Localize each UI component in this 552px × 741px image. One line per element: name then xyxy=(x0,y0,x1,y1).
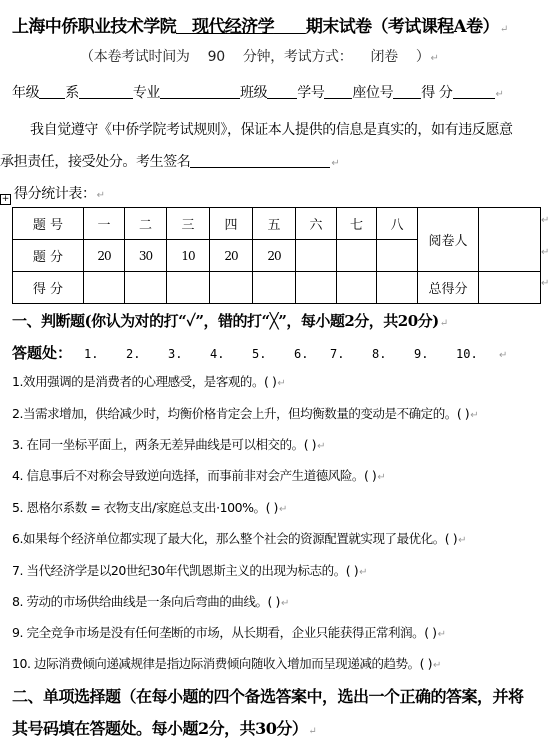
answer-slot[interactable]: 3. xyxy=(168,347,210,361)
student-id-field[interactable] xyxy=(324,84,352,99)
row-end-mark-icon: ↵ xyxy=(541,278,549,289)
score-cell[interactable] xyxy=(210,272,253,304)
paragraph-mark-icon: ↵ xyxy=(308,726,316,737)
section-2-title-line-2: 其号码填在答题处。每小题2分，共30分）↵ xyxy=(12,716,316,739)
question-text: 4. 信息事后不对称会导致逆向选择，而事前非对会产生道德风险。( ) xyxy=(12,468,376,483)
paragraph-mark-icon: ↵ xyxy=(317,441,325,452)
paragraph-mark-icon: ↵ xyxy=(433,660,441,671)
points-cell xyxy=(337,240,377,272)
question-text: 2.当需求增加，供给减少时，均衡价格肯定会上升，但均衡数量的变动是不确定的。( … xyxy=(12,406,469,421)
score-table: 题 号 一 二 三 四 五 六 七 八 阅卷人 题 分 20 30 10 20 … xyxy=(12,207,541,304)
grade-field[interactable] xyxy=(39,84,65,99)
section-2-title-line-1: 二、单项选择题（在每小题的四个备选答案中，选出一个正确的答案，并将 xyxy=(12,684,524,707)
seat-field[interactable] xyxy=(393,84,421,99)
signature-label: 承担责任，接受处分。考生签名 xyxy=(0,154,190,170)
question-text: 10. 边际消费倾向递减规律是指边际消费倾向随收入增加而呈现递减的趋势。( ) xyxy=(12,656,432,671)
points-cell xyxy=(296,240,337,272)
row-label: 题 号 xyxy=(13,208,84,240)
question-number-cell: 六 xyxy=(296,208,337,240)
score-cell[interactable] xyxy=(167,272,210,304)
table-move-handle-icon[interactable]: + xyxy=(0,194,11,205)
question-7: 7. 当代经济学是以20世纪30年代凯恩斯主义的出现为标志的。( )↵ xyxy=(12,561,367,579)
question-text: 3. 在同一坐标平面上，两条无差异曲线是可以相交的。( ) xyxy=(12,437,316,452)
points-cell: 20 xyxy=(253,240,296,272)
question-number-cell: 五 xyxy=(253,208,296,240)
paragraph-mark-icon: ↵ xyxy=(331,158,339,169)
question-9: 9. 完全竞争市场是没有任何垄断的市场，从长期看，企业只能获得正常利润。( )↵ xyxy=(12,623,446,641)
subtitle-suffix: ） xyxy=(416,49,430,65)
question-number-cell: 七 xyxy=(337,208,377,240)
major-field[interactable] xyxy=(160,84,240,99)
question-number-cell: 三 xyxy=(167,208,210,240)
department-label: 系 xyxy=(65,85,79,101)
class-label: 班级 xyxy=(240,85,267,101)
grader-field[interactable] xyxy=(479,208,541,272)
paragraph-mark-icon: ↵ xyxy=(97,190,105,201)
section-2-title-text: 其号码填在答题处。每小题2分，共30分） xyxy=(12,719,307,738)
total-score-field[interactable] xyxy=(479,272,541,304)
question-4: 4. 信息事后不对称会导致逆向选择，而事前非对会产生道德风险。( )↵ xyxy=(12,466,385,484)
question-5: 5. 恩格尔系数 = 衣物支出/家庭总支出·100%。( )↵ xyxy=(12,498,287,516)
answer-slot[interactable]: 2. xyxy=(126,347,168,361)
paragraph-mark-icon: ↵ xyxy=(470,410,478,421)
answer-area: 答题处：1.2.3.4.5.6.7.8.9.10.↵ xyxy=(12,342,507,363)
answer-area-label: 答题处： xyxy=(12,344,72,362)
subtitle-prefix: （本卷考试时间为 xyxy=(80,49,190,65)
score-field[interactable] xyxy=(453,84,495,99)
pledge-line-2: 承担责任，接受处分。考生签名↵ xyxy=(0,151,339,171)
paragraph-mark-icon: ↵ xyxy=(359,567,367,578)
question-number-cell: 八 xyxy=(377,208,418,240)
exam-type: 期末试卷（考试课程A卷） xyxy=(306,17,499,37)
grader-label: 阅卷人 xyxy=(418,208,479,272)
paragraph-mark-icon: ↵ xyxy=(438,629,446,640)
score-table-caption: 得分统计表：↵ xyxy=(14,183,105,203)
exam-duration: 90 xyxy=(208,49,225,65)
answer-slot[interactable]: 6. xyxy=(294,347,330,361)
exam-title: 上海中侨职业技术学院 现代经济学 期末试卷（考试课程A卷）↵ xyxy=(12,12,508,37)
total-score-label: 总得分 xyxy=(418,272,479,304)
department-field[interactable] xyxy=(79,84,133,99)
signature-field[interactable] xyxy=(190,153,330,168)
student-id-label: 学号 xyxy=(297,85,324,101)
question-number-cell: 四 xyxy=(210,208,253,240)
question-8: 8. 劳动的市场供给曲线是一条向后弯曲的曲线。( )↵ xyxy=(12,592,289,610)
answer-slot[interactable]: 4. xyxy=(210,347,252,361)
paragraph-mark-icon: ↵ xyxy=(431,53,439,64)
question-number-cell: 二 xyxy=(125,208,167,240)
paragraph-mark-icon: ↵ xyxy=(281,598,289,609)
grade-label: 年级 xyxy=(12,85,39,101)
exam-subtitle: （本卷考试时间为90分钟，考试方式：闭卷）↵ xyxy=(80,46,439,66)
points-cell xyxy=(377,240,418,272)
score-cell[interactable] xyxy=(337,272,377,304)
paragraph-mark-icon: ↵ xyxy=(279,504,287,515)
subtitle-mid: 分钟，考试方式： xyxy=(243,49,353,65)
question-text: 9. 完全竞争市场是没有任何垄断的市场，从长期看，企业只能获得正常利润。( ) xyxy=(12,625,437,640)
answer-slot[interactable]: 7. xyxy=(330,347,372,361)
table-row-scores: 得 分 总得分 xyxy=(13,272,541,304)
exam-mode: 闭卷 xyxy=(370,49,397,65)
paragraph-mark-icon: ↵ xyxy=(440,318,448,329)
answer-slot[interactable]: 10. xyxy=(456,347,498,361)
answer-slot[interactable]: 9. xyxy=(414,347,456,361)
caption-text: 得分统计表： xyxy=(14,186,96,202)
question-text: 5. 恩格尔系数 = 衣物支出/家庭总支出·100%。( ) xyxy=(12,500,278,515)
table-row-question-numbers: 题 号 一 二 三 四 五 六 七 八 阅卷人 xyxy=(13,208,541,240)
student-info-line: 年级系专业班级学号座位号得 分↵ xyxy=(12,82,503,102)
points-cell: 20 xyxy=(84,240,125,272)
score-cell[interactable] xyxy=(253,272,296,304)
score-label: 得 分 xyxy=(421,85,452,101)
question-number-cell: 一 xyxy=(84,208,125,240)
question-6: 6.如果每个经济单位都实现了最大化，那么整个社会的资源配置就实现了最优化。( )… xyxy=(12,529,466,547)
question-1: 1.效用强调的是消费者的心理感受，是客观的。( )↵ xyxy=(12,372,285,390)
score-cell[interactable] xyxy=(125,272,167,304)
points-cell: 30 xyxy=(125,240,167,272)
row-end-mark-icon: ↵ xyxy=(541,247,549,258)
pledge-line-1: 我自觉遵守《中侨学院考试规则》，保证本人提供的信息是真实的，如有违反愿意 xyxy=(30,119,513,139)
answer-slot[interactable]: 1. xyxy=(84,347,126,361)
question-2: 2.当需求增加，供给减少时，均衡价格肯定会上升，但均衡数量的变动是不确定的。( … xyxy=(12,404,478,422)
question-text: 7. 当代经济学是以20世纪30年代凯恩斯主义的出现为标志的。( ) xyxy=(12,563,358,578)
question-3: 3. 在同一坐标平面上，两条无差异曲线是可以相交的。( )↵ xyxy=(12,435,325,453)
points-cell: 20 xyxy=(210,240,253,272)
seat-label: 座位号 xyxy=(352,85,393,101)
points-cell: 10 xyxy=(167,240,210,272)
score-cell[interactable] xyxy=(84,272,125,304)
row-end-mark-icon: ↵ xyxy=(541,215,549,226)
row-label: 题 分 xyxy=(13,240,84,272)
score-cell[interactable] xyxy=(377,272,418,304)
major-label: 专业 xyxy=(133,85,160,101)
row-label: 得 分 xyxy=(13,272,84,304)
question-text: 8. 劳动的市场供给曲线是一条向后弯曲的曲线。( ) xyxy=(12,594,280,609)
paragraph-mark-icon: ↵ xyxy=(458,535,466,546)
paragraph-mark-icon: ↵ xyxy=(496,89,504,100)
school-name: 上海中侨职业技术学院 xyxy=(12,17,176,37)
course-name: 现代经济学 xyxy=(176,17,306,37)
paragraph-mark-icon: ↵ xyxy=(377,472,385,483)
question-text: 6.如果每个经济单位都实现了最大化，那么整个社会的资源配置就实现了最优化。( ) xyxy=(12,531,457,546)
score-cell[interactable] xyxy=(296,272,337,304)
paragraph-mark-icon: ↵ xyxy=(500,24,508,35)
answer-slot[interactable]: 5. xyxy=(252,347,294,361)
question-text: 1.效用强调的是消费者的心理感受，是客观的。( ) xyxy=(12,374,276,389)
class-field[interactable] xyxy=(267,84,297,99)
answer-slot[interactable]: 8. xyxy=(372,347,414,361)
paragraph-mark-icon: ↵ xyxy=(499,350,507,361)
section-1-title: 一、判断题(你认为对的打“✓”，错的打“╳”，每小题2分，共20分)↵ xyxy=(12,310,448,331)
paragraph-mark-icon: ↵ xyxy=(277,378,285,389)
question-10: 10. 边际消费倾向递减规律是指边际消费倾向随收入增加而呈现递减的趋势。( )↵ xyxy=(12,654,441,672)
section-1-title-text: 一、判断题(你认为对的打“✓”，错的打“╳”，每小题2分，共20分) xyxy=(12,312,439,330)
